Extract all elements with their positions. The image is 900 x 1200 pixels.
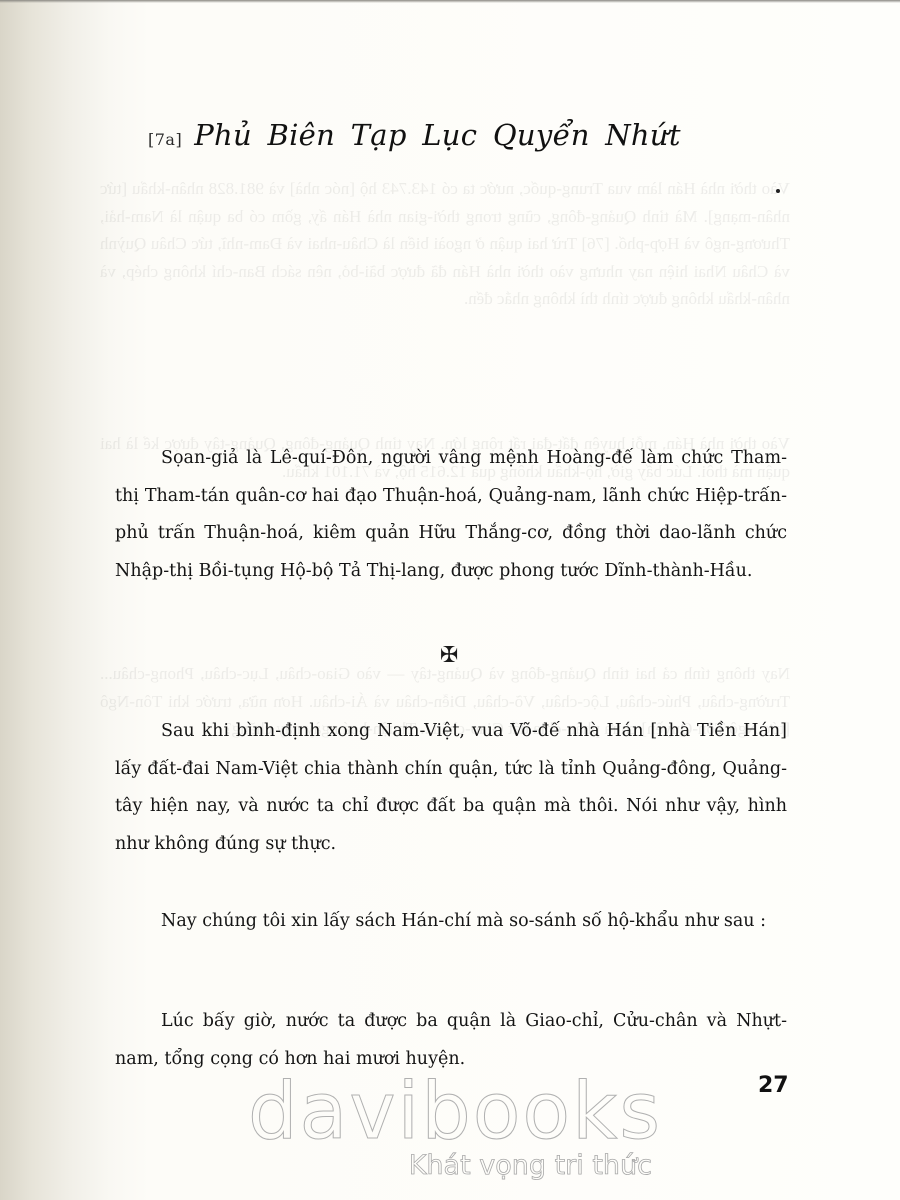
- page-top-edge-shadow: [0, 0, 900, 3]
- ink-dot-mark: [776, 189, 780, 193]
- watermark-brand: davibooks: [240, 1072, 670, 1152]
- paragraph-han-chi: Nay chúng tôi xin lấy sách Hán-chí mà so…: [115, 903, 787, 941]
- section-divider-cross-icon: ✠: [440, 645, 458, 667]
- page-reference-marker: [7a]: [148, 130, 182, 149]
- paragraph-text: Sau khi bình-định xong Nam-Việt, vua Võ-…: [115, 713, 787, 863]
- watermark-logo: davibooks Khát vọng tri thức: [250, 1072, 670, 1182]
- chapter-title: Phủ Biên Tạp Lục Quyển Nhứt: [194, 118, 681, 152]
- paragraph-nam-viet: Sau khi bình-định xong Nam-Việt, vua Võ-…: [115, 713, 787, 863]
- bleed-through-text: Vào thời nhà Hán làm vua Trung-quốc, nướ…: [100, 175, 790, 313]
- paragraph-text: Sọan-giả là Lê-quí-Đôn, người vâng mệnh …: [115, 440, 787, 590]
- page-number: 27: [758, 1073, 789, 1098]
- paragraph-text: Nay chúng tôi xin lấy sách Hán-chí mà so…: [115, 903, 787, 941]
- book-page: Vào thời nhà Hán làm vua Trung-quốc, nướ…: [0, 0, 900, 1200]
- chapter-heading: [7a] Phủ Biên Tạp Lục Quyển Nhứt: [148, 118, 681, 152]
- paragraph-author: Sọan-giả là Lê-quí-Đôn, người vâng mệnh …: [115, 440, 787, 590]
